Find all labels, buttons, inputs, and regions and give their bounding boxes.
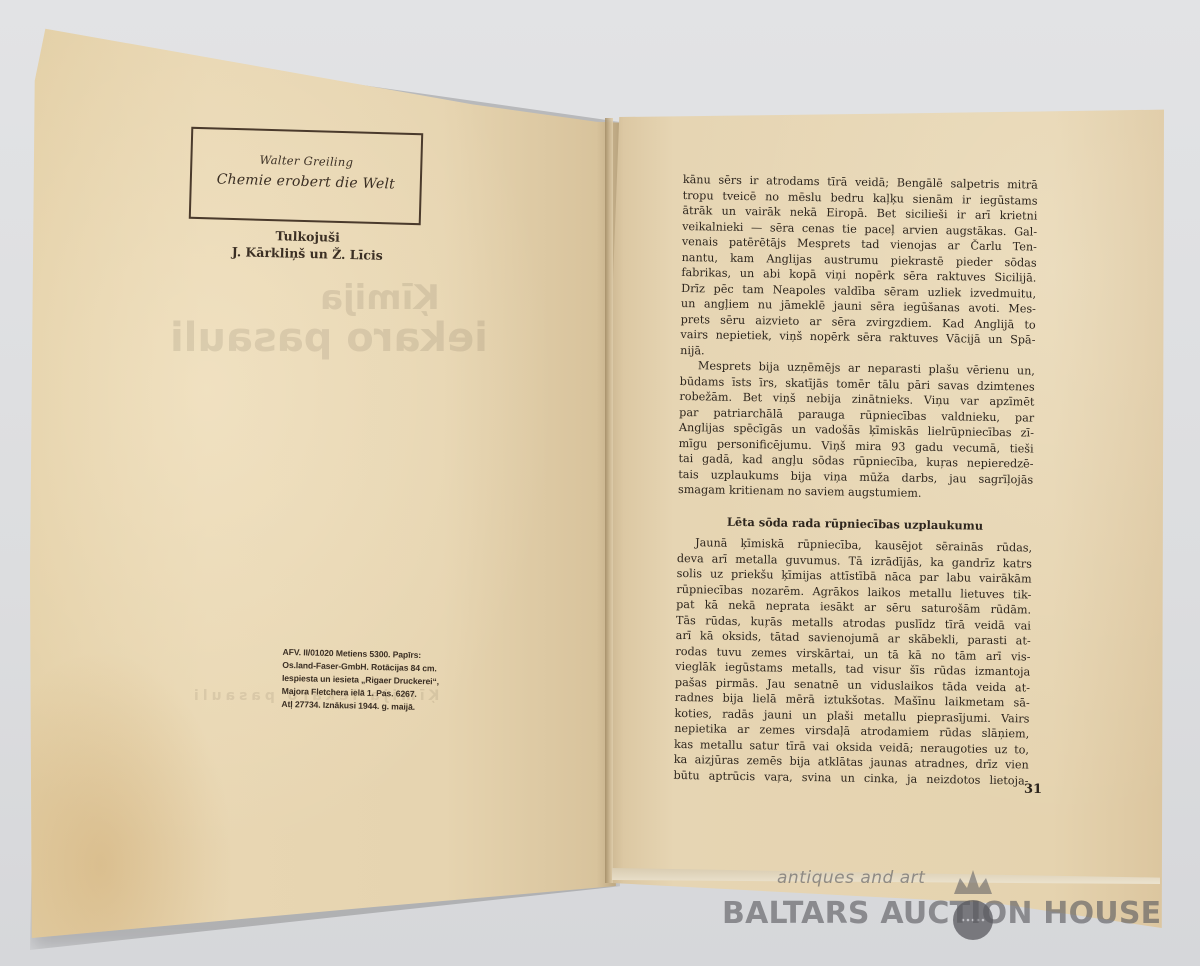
watermark-name: BALTARS AUCTION HOUSE	[722, 896, 1161, 931]
book-spine	[605, 118, 613, 883]
watermark: antiques and art BALTARS AUCTION HOUSE	[722, 868, 1122, 938]
page-number: 31	[1024, 782, 1042, 797]
section-heading: Lēta sōda rada rūpniecības uzplaukumu	[677, 513, 1032, 534]
original-title: Chemie erobert die Welt	[192, 171, 420, 193]
body-text: kānu sērs ir atrodams tīrā veidā; Bengāl…	[673, 172, 1038, 789]
paragraph-3: Jaunā ķīmiskā rūpniecība, kausējot sērai…	[673, 535, 1032, 789]
show-through-title-line1: Ķīmija	[320, 278, 440, 318]
watermark-tagline: antiques and art	[777, 868, 925, 888]
show-through-title-line2: iekaro pasauli	[170, 315, 488, 361]
imprint-block: AFV. II/01020 Metiens 5300. Papīrs: Os.l…	[281, 646, 467, 715]
original-title-box: Walter Greiling Chemie erobert die Welt	[189, 127, 423, 225]
paragraph-2: Mesprets bija uzņēmējs ar neparasti plaš…	[678, 358, 1035, 503]
paragraph-1: kānu sērs ir atrodams tīrā veidā; Bengāl…	[680, 172, 1038, 364]
translators: Tulkojuši J. Kārkliņš un Ž. Līcis	[215, 226, 401, 265]
author-name: Walter Greiling	[192, 151, 420, 171]
